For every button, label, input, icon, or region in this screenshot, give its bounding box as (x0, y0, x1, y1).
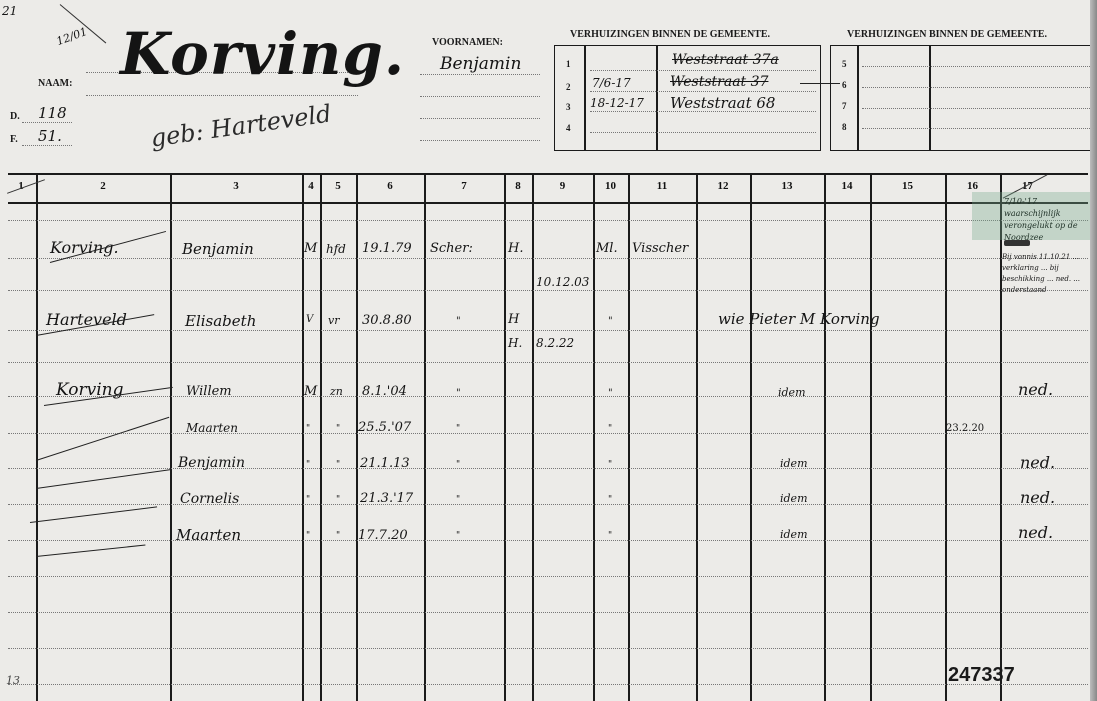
strike-line (36, 545, 146, 557)
cell-birthplace: " (456, 424, 460, 434)
naam-label: NAAM: (38, 78, 72, 89)
f-line (22, 145, 72, 146)
col-line (356, 175, 358, 701)
column-number: 8 (504, 180, 532, 192)
col-line (750, 175, 752, 701)
cell-col17: ned. (1020, 488, 1055, 507)
strike-line (36, 417, 169, 461)
col-line (320, 175, 322, 701)
f-label: F. (10, 134, 18, 145)
column-number: 13 (750, 180, 824, 192)
cell-col10: " (608, 424, 612, 434)
cell-firstname: Benjamin (178, 455, 245, 471)
cell-col17: ned. (1018, 380, 1053, 399)
row-line (8, 362, 1088, 363)
move-num: 3 (566, 102, 571, 112)
move-num: 8 (842, 122, 847, 132)
column-number: 17 (1000, 180, 1055, 192)
voornamen-line-3 (420, 118, 540, 119)
cell-birthplace: " (456, 495, 460, 505)
cell-birthplace: Scher: (430, 241, 473, 256)
cell-col13: idem (780, 528, 808, 541)
col-line (424, 175, 426, 701)
date-stamp: 12/01 (55, 25, 89, 48)
cell-birthdate: 25.5.'07 (358, 420, 411, 435)
cell-birthdate: 8.1.'04 (362, 384, 407, 399)
cell-col10: " (608, 388, 613, 399)
remarks-handwritten-note: Bij vonnis 11.10.21 ... verklaring ... b… (1002, 252, 1094, 296)
column-number: 4 (302, 180, 320, 192)
d-label: D. (10, 111, 20, 122)
cell-firstname: Elisabeth (185, 312, 256, 330)
column-number: 6 (356, 180, 424, 192)
row-line (8, 330, 1088, 331)
move-num: 7 (842, 101, 847, 111)
row-line (8, 612, 1088, 613)
moves-right-box (830, 45, 1093, 151)
cell-col16: 23.2.20 (946, 423, 984, 434)
voornamen-line-4 (420, 140, 540, 141)
moves-right-title: VERHUIZINGEN BINNEN DE GEMEENTE. (847, 29, 1047, 40)
cell-firstname: Benjamin (182, 240, 254, 258)
cell-birthdate: 21.1.13 (360, 456, 410, 471)
col-line (824, 175, 826, 701)
cell-col10: " (608, 531, 612, 541)
col-line (945, 175, 947, 701)
voornamen-line-1 (420, 74, 540, 75)
voornamen-line-2 (420, 96, 540, 97)
cell-relation: zn (330, 385, 343, 398)
moves-right-div-2 (929, 46, 931, 150)
cell-relation: hfd (326, 242, 346, 256)
cell-birthplace: " (456, 531, 460, 541)
moves-right-div-1 (857, 46, 859, 150)
col-line (532, 175, 534, 701)
row-line (8, 220, 1088, 221)
cell-sex: " (306, 495, 310, 505)
column-number: 11 (628, 180, 696, 192)
d-value: 118 (38, 104, 67, 122)
strike-line (30, 506, 157, 523)
cell-birthdate: 19.1.79 (362, 241, 412, 256)
corner-mark: 21 (2, 4, 17, 18)
cell-col10: " (608, 495, 612, 505)
cell-sex: V (306, 314, 313, 325)
cell-occupation: Visscher (632, 241, 688, 256)
cell-relation: " (336, 495, 340, 505)
strike-line (36, 469, 171, 489)
moves-left-div-1 (584, 46, 586, 150)
row-line (8, 433, 1088, 434)
cell-surname: Korving. (50, 238, 119, 257)
cell-firstname: Cornelis (180, 491, 239, 507)
move-line (862, 87, 1090, 88)
cell-col17: ned. (1018, 523, 1053, 542)
cell-col13: wie Pieter M Korving (718, 310, 880, 328)
column-number: 15 (870, 180, 945, 192)
cell-relation: " (336, 460, 340, 470)
stamp-mark (1004, 240, 1030, 246)
cell-col17: ned. (1020, 453, 1055, 472)
cell-col9: 10.12.03 (536, 275, 589, 289)
cell-relation: " (336, 531, 340, 541)
move-num: 2 (566, 82, 571, 92)
move-num: 4 (566, 123, 571, 133)
cell-col13: idem (778, 386, 806, 399)
move-num: 5 (842, 59, 847, 69)
move-line (862, 128, 1090, 129)
move-address: Weststraat 68 (670, 94, 775, 112)
surname-title: Korving. (120, 20, 405, 88)
cell-relation: vr (328, 314, 339, 327)
col-line (170, 175, 172, 701)
remarks-highlighted-note: 7/10-'17 waarschijnlijk verongelukt op d… (1004, 196, 1092, 244)
move-num: 1 (566, 59, 571, 69)
cell-firstname: Maarten (176, 526, 241, 544)
cell-relation: " (336, 424, 340, 434)
cell-birthplace: " (456, 388, 461, 399)
cell-col9: 8.2.22 (536, 336, 574, 350)
cell-religion: H. (508, 336, 522, 350)
cell-surname: Korving (56, 380, 123, 400)
cell-religion: H. (508, 241, 523, 256)
column-number: 10 (593, 180, 628, 192)
cell-birthdate: 17.7.20 (358, 528, 408, 543)
row-line (8, 396, 1088, 397)
col-line (628, 175, 630, 701)
cell-sex: " (306, 531, 310, 541)
row-line (8, 540, 1088, 541)
move-line (590, 132, 816, 133)
move-date: 7/6-17 (592, 76, 631, 90)
column-number: 7 (424, 180, 504, 192)
cell-sex: M (304, 384, 317, 399)
cell-religion: H (508, 312, 519, 327)
col-line (696, 175, 698, 701)
d-line (22, 122, 72, 123)
move-address: Weststraat 37a (672, 52, 779, 68)
move-date: 18-12-17 (590, 96, 644, 110)
column-number: 16 (945, 180, 1000, 192)
voornamen-label: VOORNAMEN: (432, 37, 503, 48)
cell-birthplace: " (456, 316, 461, 327)
column-number: 12 (696, 180, 750, 192)
move-line (590, 91, 816, 92)
row-line (8, 504, 1088, 505)
col-line (36, 175, 38, 701)
cell-birthdate: 21.3.'17 (360, 491, 413, 506)
cell-firstname: Maarten (186, 421, 238, 435)
right-edge-shadow (1090, 0, 1097, 701)
voornamen-value: Benjamin (440, 54, 521, 74)
moves-left-div-2 (656, 46, 658, 150)
column-number: 14 (824, 180, 870, 192)
row-line (8, 576, 1088, 577)
cell-birthplace: " (456, 460, 460, 470)
naam-line-2 (86, 95, 358, 96)
col-line (593, 175, 595, 701)
cell-col10: " (608, 460, 612, 470)
move-line (590, 70, 816, 71)
row-line (8, 258, 1088, 259)
col-line (870, 175, 872, 701)
move-line (862, 66, 1090, 67)
f-value: 51. (38, 127, 62, 145)
move-line (862, 108, 1090, 109)
row-line (8, 290, 1088, 291)
cell-sex: M (304, 241, 317, 256)
column-number: 9 (532, 180, 593, 192)
cell-birthdate: 30.8.80 (362, 313, 412, 328)
cell-firstname: Willem (186, 384, 232, 399)
row-line (8, 648, 1088, 649)
margin-mark: 13 (6, 674, 20, 687)
col-line (504, 175, 506, 701)
cell-col10: " (608, 316, 613, 327)
column-number: 5 (320, 180, 356, 192)
move-address: Weststraat 37 (670, 74, 768, 90)
cell-col13: idem (780, 492, 808, 505)
cell-col10: Ml. (596, 241, 618, 256)
move-num: 6 (842, 80, 847, 90)
moves-left-title: VERHUIZINGEN BINNEN DE GEMEENTE. (570, 29, 770, 40)
column-number: 3 (170, 180, 302, 192)
row-line (8, 684, 1088, 685)
cell-sex: " (306, 424, 310, 434)
cell-col13: idem (780, 457, 808, 470)
column-number: 2 (36, 180, 170, 192)
card-number: 247337 (948, 664, 1015, 687)
maiden-name: geb: Harteveld (149, 99, 333, 152)
cell-sex: " (306, 460, 310, 470)
